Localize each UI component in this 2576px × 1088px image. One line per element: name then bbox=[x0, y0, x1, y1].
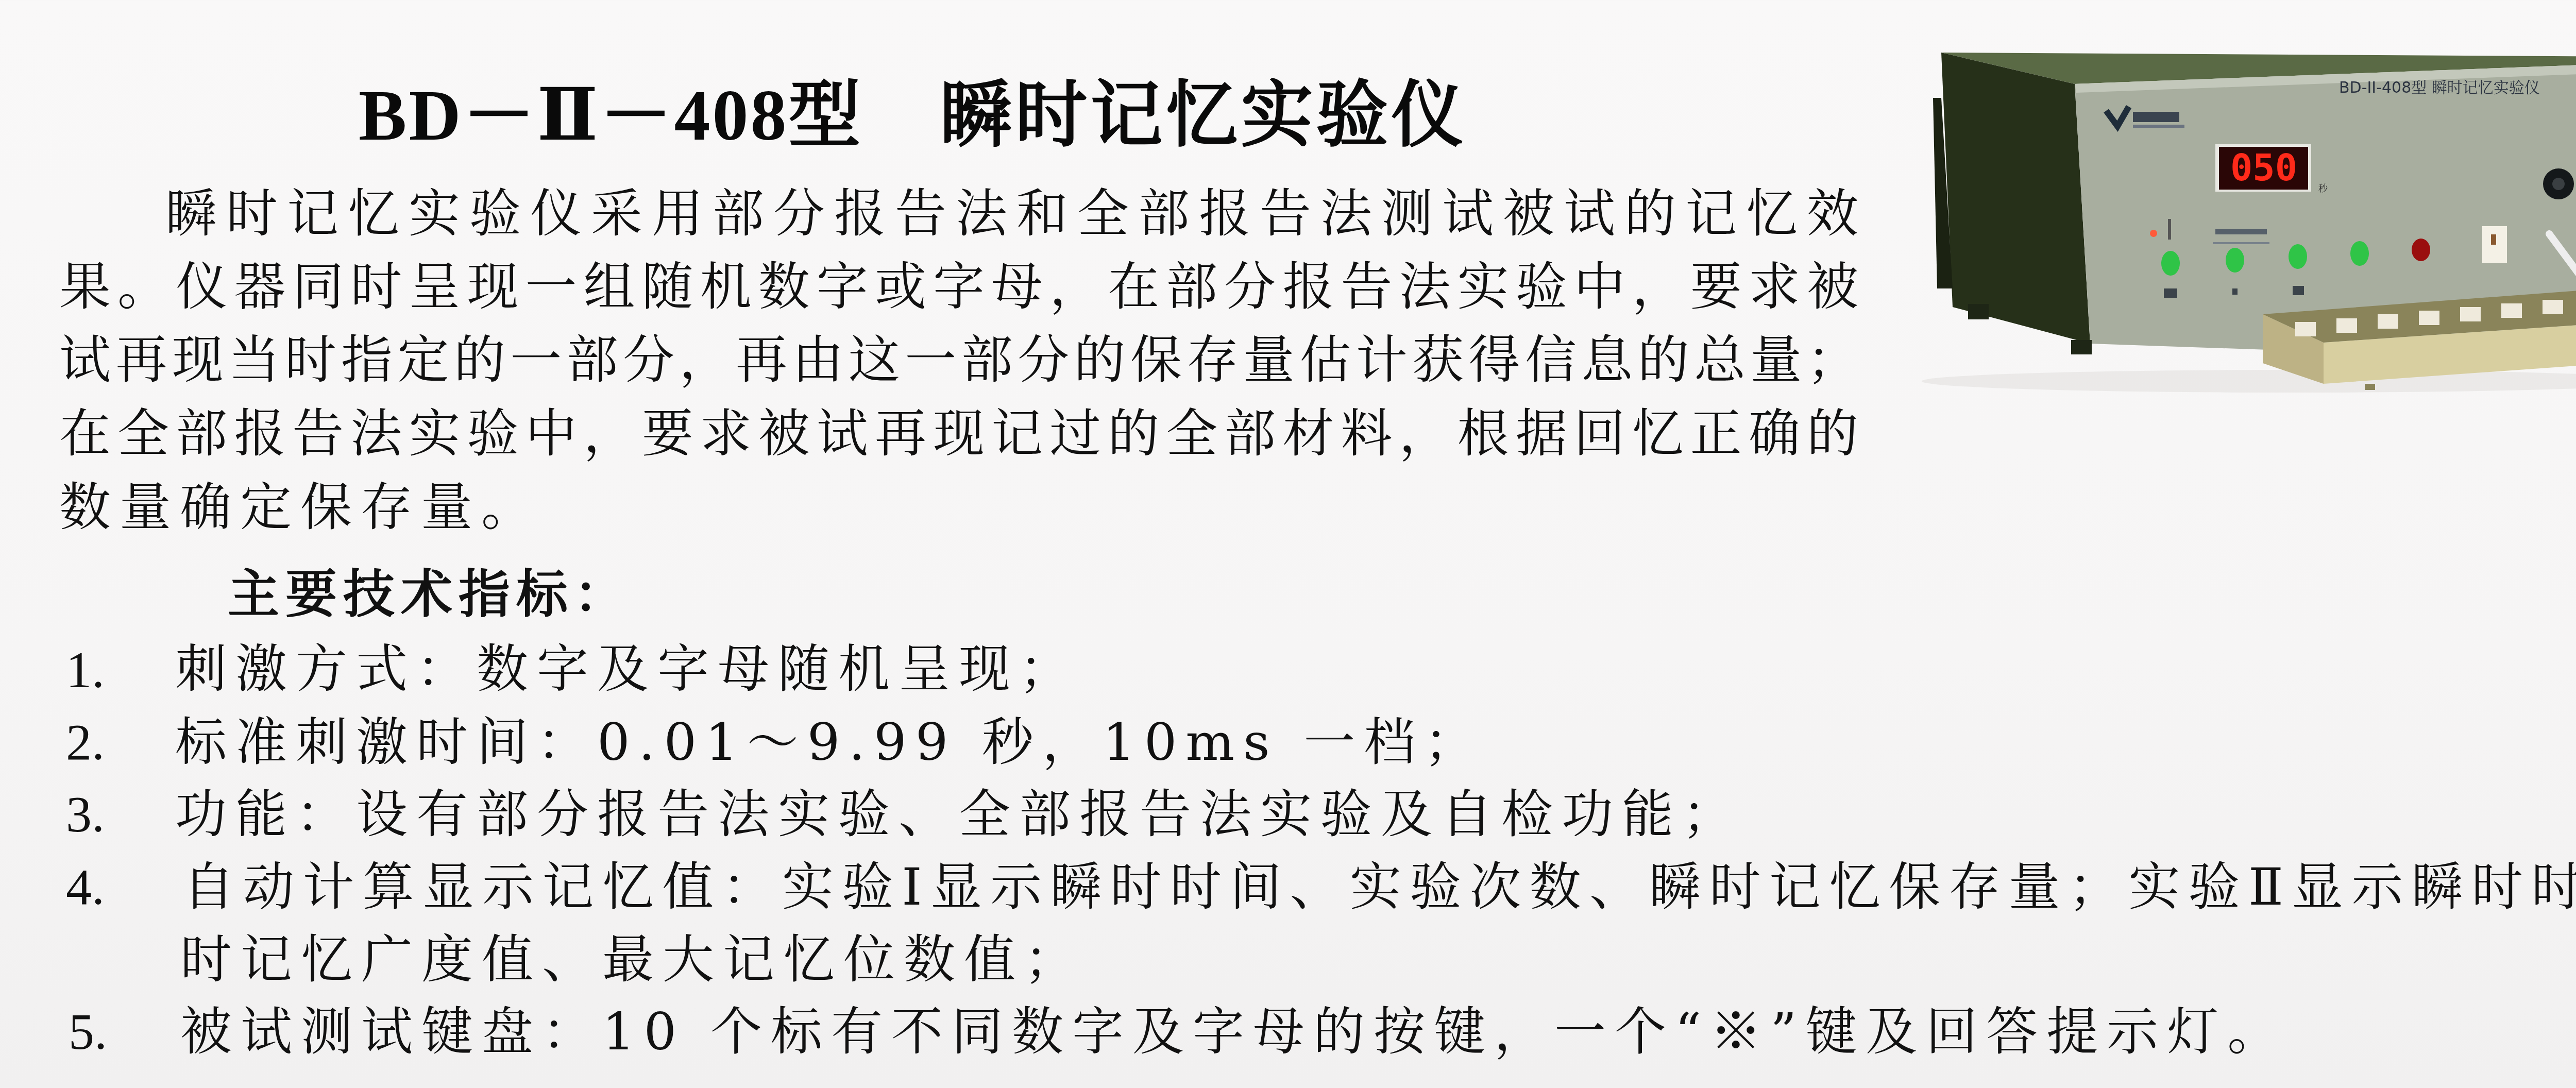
spec-number: 1. bbox=[66, 634, 105, 706]
digital-display: 050 bbox=[2230, 146, 2297, 189]
device-photo: BD-II-408型 瞬时记忆实验仪 050 秒 bbox=[1906, 21, 2576, 412]
spec-text: 被试测试键盘：10 个标有不同数字及字母的按键，一个“※”键及回答提示灯。 bbox=[180, 995, 2287, 1068]
spec-text-continued: 时记忆广度值、最大记忆位数值； bbox=[180, 923, 1084, 996]
spec-text: 标准刺激时间：0.01～9.99 秒，10ms 一档； bbox=[175, 706, 1484, 778]
spec-number: 3. bbox=[66, 778, 105, 851]
spec-number: 4. bbox=[66, 851, 105, 923]
spec-text: 刺激方式：数字及字母随机呈现； bbox=[175, 633, 1079, 705]
description-line: 在全部报告法实验中，要求被试再现记过的全部材料，根据回忆正确的 bbox=[59, 397, 1858, 470]
spec-text: 功能：设有部分报告法实验、全部报告法实验及自检功能； bbox=[175, 778, 1742, 851]
description-line: 果。仪器同时呈现一组随机数字或字母，在部分报告法实验中，要求被 bbox=[59, 250, 1858, 323]
svg-text:秒: 秒 bbox=[2318, 183, 2328, 194]
model-number: BD－Ⅱ－408型 bbox=[359, 76, 862, 156]
description-line: 数量确定保存量。 bbox=[59, 471, 1858, 543]
specs-heading: 主要技术指标： bbox=[228, 558, 632, 631]
page-title: BD－Ⅱ－408型瞬时记忆实验仪 bbox=[359, 77, 1467, 155]
description-line: 试再现当时指定的一部分，再由这一部分的保存量估计获得信息的总量； bbox=[59, 324, 1858, 396]
description-line: 瞬时记忆实验仪采用部分报告法和全部报告法测试被试的记忆效 bbox=[165, 177, 1858, 250]
svg-text:BD-II-408型 瞬时记忆实验仪: BD-II-408型 瞬时记忆实验仪 bbox=[2339, 79, 2540, 97]
spec-number: 2. bbox=[66, 706, 105, 778]
spec-text: 自动计算显示记忆值：实验Ⅰ显示瞬时时间、实验次数、瞬时记忆保存量；实验Ⅱ显示瞬时… bbox=[183, 851, 2576, 923]
spec-number: 5. bbox=[69, 995, 107, 1068]
product-name: 瞬时记忆实验仪 bbox=[940, 76, 1466, 156]
